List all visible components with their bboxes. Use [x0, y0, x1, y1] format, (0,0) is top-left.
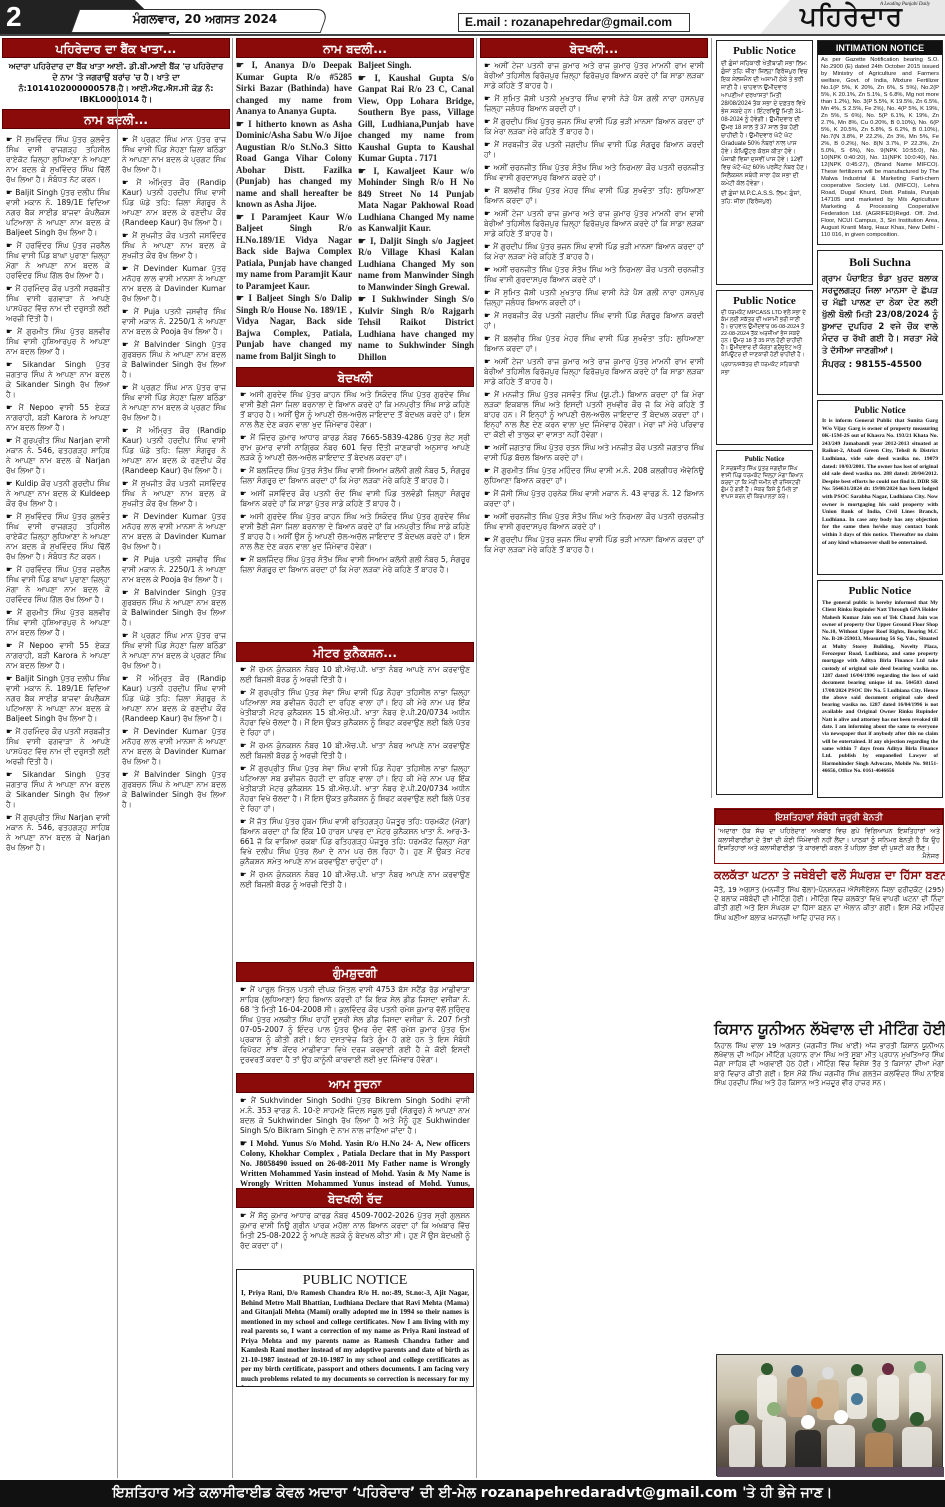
- public-notice-title: Public Notice: [721, 45, 808, 57]
- notice-item: ☛ I hitherto known as Asha Dominic/Asha …: [236, 119, 352, 211]
- notice-item: ☛ ਮੈਂ ਸੁਖਜੀਤ ਕੌਰ ਪਤਨੀ ਜਸਵਿੰਦਰ ਸਿੰਘ ਨੇ ਆਪ…: [122, 231, 226, 261]
- notice-item: ☛ ਮੈਂ ਪ੍ਰਗਟ ਸਿੰਘ ਮਾਨ ਪੁੱਤਰ ਰਾਜ ਸਿੰਘ ਵਾਸੀ…: [122, 631, 226, 671]
- notice-item: ☛ Kuldip ਕੌਰ ਪਤਨੀ ਗੁਰਦੀਪ ਸਿੰਘ ਨੇ ਆਪਣਾ ਨਾ…: [6, 479, 110, 509]
- notice-item: ☛ ਮੈਂ ਸਰਬਜੀਤ ਕੌਰ ਪਤਨੀ ਜਗਦੀਪ ਸਿੰਘ ਵਾਸੀ ਪਿ…: [484, 311, 704, 331]
- notice-item: ☛ ਮੈਂ Nepoo ਵਾਸੀ 55 ਏਕੜ ਨਾਗਰਾਹੀ, ਬੜੀ Kar…: [6, 641, 110, 671]
- column-divider: [117, 88, 118, 1478]
- notice-item: ☛ I Sukhwinder Singh S/o Kulvir Singh R/…: [358, 294, 474, 363]
- public-notice-mpcass: Public Notice ਦੀ ਧਰਮਕੋਟ MPCASS LTD ਵਲੋਂ …: [716, 290, 813, 445]
- footer-banner: ਇਸ਼ਤਿਹਾਰ ਅਤੇ ਕਲਾਸੀਫਾਈਡ ਕੇਵਲ ਅਦਾਰਾ ‘ਪਹਿਰੇ…: [0, 1480, 945, 1507]
- public-notice-text: I, Priya Rani, D/o Ramesh Chandra R/o H.…: [241, 1289, 469, 1387]
- news-headline-kolkata: ਕਲਕੱਤਾ ਘਟਨਾ ਤੇ ਜਥੇਬੰਦੀ ਵਲੋਂ ਸੰਘਰਸ਼ ਦਾ ਹਿ…: [714, 868, 944, 883]
- name-change-en-col2: Baljeet Singh. ☛ I, Kaushal Gupta S/o Ga…: [358, 60, 474, 363]
- notice-item: ☛ ਮੈਂ ਜਿੰਦਰ ਕੁਮਾਰ ਆਧਾਰ ਕਾਰਡ ਨੰਬਰ 7665-58…: [240, 433, 470, 463]
- notice-item: ☛ ਮੈਂ ਹਰਵਿੰਦਰ ਸਿੰਘ ਪੁੱਤਰ ਜਰਨੈਲ ਸਿੰਘ ਵਾਸੀ…: [6, 241, 110, 281]
- notice-item: ☛ ਮੈਂ ਸੁਮਿਤ ਜੋਸ਼ੀ ਪਤਨੀ ਮੁਖਤਾਰ ਸਿੰਘ ਵਾਸੀ …: [484, 94, 704, 114]
- public-notice-title: Public Notice: [822, 405, 938, 415]
- name-change-pa-col1: ☛ ਮੈਂ ਸੁਖਵਿੰਦਰ ਸਿੰਘ ਪੁੱਤਰ ਕੁਲਵੰਤ ਸਿੰਘ ਵਾ…: [2, 132, 114, 856]
- notice-item: ☛ ਮੈਂ ਗੁਰਪ੍ਰੀਤ ਸਿੰਘ ਪੁੱਤਰ ਸੇਵਾ ਸਿੰਘ ਵਾਸੀ…: [240, 688, 470, 738]
- notice-item: ☛ ਮੈਂ ਗੁਰਮੀਤ ਸਿੰਘ ਪੁੱਤਰ ਮਹਿੰਦਰ ਸਿੰਘ ਵਾਸੀ…: [484, 466, 704, 486]
- tagline: A Leading Punjabi Daily: [880, 2, 930, 7]
- masthead-divider: [0, 34, 945, 36]
- notice-item: ☛ I, Kawaljeet Kaur w/o Mohinder Singh R…: [358, 166, 474, 235]
- public-notice-signature: ਪ੍ਰਧਾਨ/ਸਕੱਤਰ ਦੀ ਧਰਮਕੋਟ ਸਹਿਕਾਰੀ ਸਭਾ: [721, 361, 808, 377]
- notice-item: ☛ ਮੈਂ ਜੱਸੀ ਸਿੰਘ ਪੁੱਤਰ ਹਰਨੇਕ ਸਿੰਘ ਵਾਸੀ ਮਕ…: [484, 489, 704, 509]
- column-divider: [476, 38, 477, 1478]
- public-notice-priya: PUBLIC NOTICE I, Priya Rani, D/o Ramesh …: [236, 1269, 474, 1387]
- notice-item: ☛ I Paramjeet Kaur W/o Baljeet Singh R/o…: [236, 212, 352, 293]
- notice-item: ☛ ਮੈਂ ਸੁਮਿਤ ਜੋਸ਼ੀ ਪਤਨੀ ਮੁਖਤਾਰ ਸਿੰਘ ਵਾਸੀ …: [484, 288, 704, 308]
- public-notice-text: The general public is hereby informed th…: [822, 600, 938, 775]
- disclaimer-text: 'ਅਦਾਰਾ ਹੱਕ ਸੱਚ ਦਾ ਪਹਿਰੇਦਾਰ' ਅਖਬਾਰ ਵਿਚ ਛਪ…: [715, 825, 943, 855]
- notice-item: ☛ ਮੈਂ ਰਮਨ ਕੁੰਨਕਸ਼ਨ ਨੰਬਰ 10 ਬੀ.ਐਚ.ਪੀ. ਖਾਤ…: [240, 870, 470, 890]
- name-change-pa-col2: ☛ ਮੈਂ ਪ੍ਰਗਟ ਸਿੰਘ ਮਾਨ ਪੁੱਤਰ ਰਾਜ ਸਿੰਘ ਵਾਸੀ…: [118, 132, 230, 856]
- public-notice-text: ਦੀ ਗੁੰਜਾਂ ਸਹਿਕਾਰੀ ਖੇਤੀਬਾੜੀ ਸਭਾ ਲਿਮ: ਗੁੰਜ…: [721, 60, 808, 188]
- notice-item: ☛ ਅਸੀ ਗੁਰਦੇਵ ਸਿੰਘ ਪੁੱਤਰ ਕਾਹਨ ਸਿੰਘ ਅਤੇ ਸਿ…: [240, 390, 470, 430]
- people-group-icon: [717, 1355, 944, 1477]
- public-notice-text: ਮੈਂ ਸਰਬਜੀਤ ਸਿੰਘ ਪੁੱਤਰ ਜਗਦੀਸ਼ ਸਿੰਘ ਵਾਸੀ ਪ…: [721, 466, 808, 501]
- notice-item: ☛ ਮੈਂ ਬਲਵੀਰ ਸਿੰਘ ਪੁੱਤਰ ਮੇਹਰ ਸਿੰਘ ਵਾਸੀ ਪਿ…: [484, 186, 704, 206]
- intimation-notice: INTIMATION NOTICE As per Gazette Notific…: [817, 40, 943, 245]
- intimation-notice-title: INTIMATION NOTICE: [818, 41, 942, 55]
- issue-date: ਮੰਗਲਵਾਰ, 20 ਅਗਸਤ 2024: [90, 12, 320, 27]
- notice-item: ☛ ਮੈਂ ਗੁਰਮੀਤ ਸਿੰਘ ਪੁੱਤਰ ਬਲਵੀਰ ਸਿੰਘ ਵਾਸੀ …: [6, 327, 110, 357]
- intimation-notice-text: As per Gazette Notification bearing S.O.…: [818, 55, 942, 241]
- notice-item: ☛ Baljit Singh ਪੁੱਤਰ ਦਲੀਪ ਸਿੰਘ ਵਾਸੀ ਮਕਾਨ…: [6, 188, 110, 238]
- column-divider: [232, 38, 233, 1478]
- notice-item: ☛ ਮੈਂ ਸੁਖਜੀਤ ਕੌਰ ਪਤਨੀ ਜਸਵਿੰਦਰ ਸਿੰਘ ਨੇ ਆਪ…: [122, 479, 226, 509]
- eviction-right-heading: ਬੇਦਖਲੀ...: [480, 38, 708, 58]
- boli-suchna-notice: Boli Suchna ਗ੍ਰਾਮ ਪੰਚਾਇਤ ਝੰਡਾ ਖੁਰਦ ਬਲਾਕ …: [817, 250, 943, 395]
- eviction-heading: ਬੇਦਖਲੀ: [236, 367, 474, 387]
- notice-item: ☛ ਮੈਂ ਰਮਨ ਕੁੰਨਕਸ਼ਨ ਨੰਬਰ 10 ਬੀ.ਐਚ.ਪੀ. ਖਾਤ…: [240, 665, 470, 685]
- name-change-en-col1: ☛ I, Ananya D/o Deepak Kumar Gupta R/o #…: [236, 60, 352, 363]
- notice-item: ☛ ਮੈਂ Sukhvinder Singh Sodhi ਪੁੱਤਰ Bikre…: [240, 1096, 470, 1136]
- public-notice-sunita: Public Notice It is inform General Publi…: [817, 400, 943, 575]
- column-divider: [711, 38, 712, 798]
- notice-item: Baljeet Singh.: [358, 60, 474, 72]
- eviction-cancel-heading: ਬੇਦਖਲੀ ਰੱਦ: [236, 1188, 474, 1208]
- notice-item: ☛ ਮੈਂ Devinder Kumar ਪੁੱਤਰ ਮਨੋਹਰ ਲਾਲ ਵਾਸ…: [122, 727, 226, 767]
- notice-item: ☛ ਮੈਂ Puja ਪਤਨੀ ਜਸਵੀਰ ਸਿੰਘ ਵਾਸੀ ਮਕਾਨ ਨੰ.…: [122, 555, 226, 585]
- notice-item: ☛ Sikandar Singh ਪੁੱਤਰ ਜਗਤਾਰ ਸਿੰਘ ਨੇ ਆਪਣ…: [6, 770, 110, 810]
- bank-account-text: ਅਦਾਰਾ ਪਹਿਰੇਦਾਰ ਦਾ ਬੈਂਕ ਖਾਤਾ ਆਈ. ਡੀ.ਬੀ.ਆਈ…: [6, 61, 226, 105]
- notice-item: ☛ ਮੈਂ ਗੁਰਮੀਤ ਸਿੰਘ ਪੁੱਤਰ ਬਲਵੀਰ ਸਿੰਘ ਵਾਸੀ …: [6, 608, 110, 638]
- missing-heading: ਗੁੰਮਸ਼ੁਦਗੀ: [236, 962, 474, 982]
- notice-item: ☛ ਮੈਂ ਹਰਵਿੰਦਰ ਸਿੰਘ ਪੁੱਤਰ ਜਰਨੈਲ ਸਿੰਘ ਵਾਸੀ…: [6, 565, 110, 605]
- notice-item: ☛ ਅਸੀਂ ਚਰਨਜੀਤ ਸਿੰਘ ਪੁੱਤਰ ਸੰਤੋਖ ਸਿੰਘ ਅਤੇ …: [484, 512, 704, 532]
- notice-item: ☛ ਮੈਂ ਪ੍ਰਗਟ ਸਿੰਘ ਮਾਨ ਪੁੱਤਰ ਰਾਜ ਸਿੰਘ ਵਾਸੀ…: [122, 135, 226, 175]
- notice-item: ☛ ਮੈਂ ਬਲਜਿੰਦਰ ਸਿੰਘ ਪੁੱਤਰ ਸੰਤੋਖ ਸਿੰਘ ਵਾਸੀ…: [240, 466, 470, 486]
- notice-item: ☛ ਮੈਂ ਗੁਰਪ੍ਰੀਤ ਸਿੰਘ ਪੁੱਤਰ ਸੇਵਾ ਸਿੰਘ ਵਾਸੀ…: [240, 764, 470, 814]
- boli-suchna-contact: ਸੰਪਰਕ : 98155-45500: [822, 360, 938, 370]
- notice-item: ☛ I Mohd. Yunus S/o Mohd. Yasin R/o H.No…: [240, 1139, 470, 1188]
- disclaimer-sign: ਮੈਨੇਜਰ: [922, 852, 939, 861]
- missing-text: ☛ ਮੈਂ ਪਾਰੁਲ ਮਿੱਤਲ ਪਤਨੀ ਦੀਪਕ ਮਿੱਤਲ ਵਾਸੀ 4…: [240, 985, 470, 1070]
- boli-suchna-title: Boli Suchna: [822, 255, 938, 270]
- public-notice-title: Public Notice: [721, 295, 808, 307]
- notice-item: ☛ ਮੈਂ ਪ੍ਰਗਟ ਸਿੰਘ ਮਾਨ ਪੁੱਤਰ ਰਾਜ ਸਿੰਘ ਵਾਸੀ…: [122, 383, 226, 423]
- notice-item: ☛ I Baljeet Singh S/o Dalip Singh R/o Ho…: [236, 293, 352, 362]
- masthead: 2 ਮੰਗਲਵਾਰ, 20 ਅਗਸਤ 2024 E.mail : rozanap…: [0, 0, 945, 34]
- notice-item: ☛ ਮੈਂ ਸੁਖਵਿੰਦਰ ਸਿੰਘ ਪੁੱਤਰ ਕੁਲਵੰਤ ਸਿੰਘ ਵਾ…: [6, 135, 110, 185]
- column-left: ਪਹਿਰੇਦਾਰ ਦਾ ਬੈਂਕ ਖਾਤਾ... ਅਦਾਰਾ ਪਹਿਰੇਦਾਰ …: [2, 38, 230, 1478]
- notice-item: ☛ ਮੈਂ ਅੰਮ੍ਰਿਤ ਕੌਰ (Randip Kaur) ਪਤਨੀ ਹਰਦ…: [122, 674, 226, 724]
- public-notice-title: Public Notice: [721, 455, 808, 463]
- notice-item: ☛ ਅਸੀਂ ਚਰਨਜੀਤ ਸਿੰਘ ਪੁੱਤਰ ਸੰਤੋਖ ਸਿੰਘ ਅਤੇ …: [484, 265, 704, 285]
- name-change-en-heading: ਨਾਮ ਬਦਲੀ...: [236, 38, 474, 58]
- public-notice-small: Public Notice ਮੈਂ ਸਰਬਜੀਤ ਸਿੰਘ ਪੁੱਤਰ ਜਗਦੀ…: [716, 450, 813, 795]
- notice-item: ☛ ਮੈਂ ਹਰਮਿੰਦਰ ਕੌਰ ਪਤਨੀ ਸਰਬਜੀਤ ਸਿੰਘ ਵਾਸੀ …: [6, 284, 110, 324]
- notice-item: ☛ ਅਸੀਂ ਟੇਜਾ ਪਤਨੀ ਰਾਜ ਕੁਮਾਰ ਅਤੇ ਰਾਜ ਕੁਮਾਰ…: [484, 209, 704, 239]
- notice-item: ☛ I, Ananya D/o Deepak Kumar Gupta R/o #…: [236, 60, 352, 118]
- notice-item: ☛ Baljit Singh ਪੁੱਤਰ ਦਲੀਪ ਸਿੰਘ ਵਾਸੀ ਮਕਾਨ…: [6, 674, 110, 724]
- notice-item: ☛ ਮੈਂ Devinder Kumar ਪੁੱਤਰ ਮਨੋਹਰ ਲਾਲ ਵਾਸ…: [122, 264, 226, 304]
- column-middle: ਨਾਮ ਬਦਲੀ... ☛ I, Ananya D/o Deepak Kumar…: [236, 38, 474, 1478]
- notice-item: ☛ ਅਸੀਂ ਟੇਜਾ ਪਤਨੀ ਰਾਜ ਕੁਮਾਰ ਅਤੇ ਰਾਜ ਕੁਮਾਰ…: [484, 61, 704, 91]
- news-headline-kisan-union: ਕਿਸਾਨ ਯੂਨੀਅਨ ਲੱਖੋਵਾਲ ਦੀ ਮੀਟਿੰਗ ਹੋਈ: [714, 1020, 944, 1038]
- disclaimer-heading: ਇਸ਼ਤਿਹਾਰਾਂ ਸੰਬੰਧੀ ਜ਼ਰੂਰੀ ਬੇਨਤੀ: [715, 809, 943, 825]
- notice-item: ☛ ਅਸੀਂ ਜਸਵਿੰਦਰ ਕੌਰ ਪਤਨੀ ਚੰਦ ਸਿੰਘ ਵਾਸੀ ਪਿ…: [240, 489, 470, 509]
- notice-item: ☛ ਅਸੀਂ ਚਰਨਜੀਤ ਸਿੰਘ ਪੁੱਤਰ ਸੰਤੋਖ ਸਿੰਘ ਅਤੇ …: [484, 163, 704, 183]
- notice-item: ☛ ਮੈਂ ਗੁਰਦੀਪ ਸਿੰਘ ਪੁੱਤਰ ਭਜਨ ਸਿੰਘ ਵਾਸੀ ਪਿ…: [484, 535, 704, 555]
- notice-item: ☛ ਮੈਂ ਬਲਜਿੰਦਰ ਸਿੰਘ ਪੁੱਤਰ ਸੰਤੋਖ ਸਿੰਘ ਵਾਸੀ…: [240, 555, 470, 575]
- notice-item: ☛ ਅਸੀਂ ਟੇਜਾ ਪਤਨੀ ਰਾਜ ਕੁਮਾਰ ਅਤੇ ਰਾਜ ਕੁਮਾਰ…: [484, 357, 704, 387]
- notice-item: ☛ ਮੈਂ ਗੁਰਦੀਪ ਸਿੰਘ ਪੁੱਤਰ ਭਜਨ ਸਿੰਘ ਵਾਸੀ ਪਿ…: [484, 242, 704, 262]
- notice-item: ☛ ਮੈਂ ਗੁਰਪ੍ਰੀਤ ਸਿੰਘ Narjan ਵਾਸੀ ਮਕਾਨ ਨੰ.…: [6, 813, 110, 853]
- public-notice-signature: ਦੀ ਗੁੰਜਾਂ M.P.C.A.S.S. ਲਿਮ: ਗੁੰਜਾਂ, ਤਹਿ:…: [721, 190, 808, 206]
- notice-item: ☛ ਮੈਂ ਅੰਮ੍ਰਿਤ ਕੌਰ (Randip Kaur) ਪਤਨੀ ਹਰਦ…: [122, 178, 226, 228]
- general-info-heading: ਆਮ ਸੂਚਨਾ: [236, 1073, 474, 1093]
- public-notice-title: Public Notice: [822, 585, 938, 597]
- notice-item: ☛ ਮੈਂ ਅੰਮ੍ਰਿਤ ਕੌਰ (Randip Kaur) ਪਤਨੀ ਹਰਦ…: [122, 426, 226, 476]
- public-notice-text: It is inform General Public that Sunita …: [822, 418, 938, 547]
- notice-item: ☛ ਮੈਂ ਸਰਬਜੀਤ ਕੌਰ ਪਤਨੀ ਜਗਦੀਪ ਸਿੰਘ ਵਾਸੀ ਪਿ…: [484, 140, 704, 160]
- notice-item: ☛ ਮੈਂ Nepoo ਵਾਸੀ 55 ਏਕੜ ਨਾਗਰਾਹੀ, ਬੜੀ Kar…: [6, 403, 110, 433]
- notice-item: ☛ ਮੈਂ ਰਮਨ ਕੁੰਨਕਸ਼ਨ ਨੰਬਰ 10 ਬੀ.ਐਚ.ਪੀ. ਖਾਤ…: [240, 741, 470, 761]
- notice-item: ☛ ਮੈਂ ਜੋਤ ਸਿੰਘ ਪੁੱਤਰ ਹੁਕਮ ਸਿੰਘ ਵਾਸੀ ਫਤਿਹ…: [240, 817, 470, 867]
- news-body-kolkata: ਜੈਤੋ, 19 ਅਗਸਤ (ਮਨਜੀਤ ਸਿੰਘ ਢੱਲਾ)-ਪੈਨਸ਼ਨਰਜ…: [714, 886, 944, 1016]
- news-body-kisan-union: ਨਿਹਾਲ ਸਿੰਘ ਵਾਲਾ 19 ਅਗਸਤ (ਜਗਜੀਤ ਸਿੰਘ ਖਾਈ)…: [714, 1042, 944, 1352]
- name-change-pa-heading: ਨਾਮ ਬਦਲੀ...: [2, 109, 230, 129]
- public-notice-text: ਦੀ ਧਰਮਕੋਟ MPCASS LTD ਵਲੋਂ ਸਭਾ ਦੇ ਕੰਮ ਲਈ …: [721, 310, 808, 359]
- notice-item: ☛ I, Daljit Singh s/o Jagjeet R/o Villag…: [358, 236, 474, 294]
- meter-connection-heading: ਮੀਟਰ ਕੁਨੈਕਸ਼ਨ...: [236, 642, 474, 662]
- eviction-cancel-text: ☛ ਮੈਂ ਸੋਨੂ ਕੁਮਾਰ ਆਧਾਰ ਕਾਰਡ ਨੰਬਰ 4509-700…: [240, 1211, 470, 1266]
- email-link[interactable]: E.mail : rozanapehredar@gmail.com: [458, 13, 690, 32]
- boli-suchna-text: ਗ੍ਰਾਮ ਪੰਚਾਇਤ ਝੰਡਾ ਖੁਰਦ ਬਲਾਕ ਸਰਦੂਲਗੜ੍ਹ ਜਿ…: [822, 273, 938, 357]
- notice-item: ☛ ਮੈਂ Devinder Kumar ਪੁੱਤਰ ਮਨੋਹਰ ਲਾਲ ਵਾਸ…: [122, 512, 226, 552]
- bank-account-heading: ਪਹਿਰੇਦਾਰ ਦਾ ਬੈਂਕ ਖਾਤਾ...: [2, 38, 230, 58]
- notice-item: ☛ ਅਸੀਂ ਜਗਤਾਰ ਸਿੰਘ ਪੁੱਤਰ ਰਤਨ ਸਿੰਘ ਅਤੇ ਮਨਜ…: [484, 443, 704, 463]
- column-eviction: ਬੇਦਖਲੀ... ☛ ਅਸੀਂ ਟੇਜਾ ਪਤਨੀ ਰਾਜ ਕੁਮਾਰ ਅਤੇ…: [480, 38, 708, 1478]
- notice-item: ☛ I, Kaushal Gupta S/o Ganpat Rai R/o 23…: [358, 73, 474, 165]
- notice-item: ☛ Sikandar Singh ਪੁੱਤਰ ਜਗਤਾਰ ਸਿੰਘ ਨੇ ਆਪਣ…: [6, 360, 110, 400]
- notice-item: ☛ ਮੈਂ ਸੁਖਵਿੰਦਰ ਸਿੰਘ ਪੁੱਤਰ ਕੁਲਵੰਤ ਸਿੰਘ ਵਾ…: [6, 512, 110, 562]
- notice-item: ☛ ਮੈਂ ਗੁਰਦੀਪ ਸਿੰਘ ਪੁੱਤਰ ਭਜਨ ਸਿੰਘ ਵਾਸੀ ਪਿ…: [484, 117, 704, 137]
- notice-item: ☛ ਮੈਂ Balvinder Singh ਪੁੱਤਰ ਗੁਰਬਚਨ ਸਿੰਘ …: [122, 588, 226, 628]
- public-notice-pacs: Public Notice ਦੀ ਗੁੰਜਾਂ ਸਹਿਕਾਰੀ ਖੇਤੀਬਾੜੀ…: [716, 40, 813, 285]
- notice-item: ☛ ਮੈਂ Puja ਪਤਨੀ ਜਸਵੀਰ ਸਿੰਘ ਵਾਸੀ ਮਕਾਨ ਨੰ.…: [122, 307, 226, 337]
- notice-item: ☛ ਮੈਂ ਮਨਜੀਤ ਸਿੰਘ ਪੁੱਤਰ ਜਸਵੰਤ ਸਿੰਘ (ਯੂ.ਟੀ…: [484, 390, 704, 440]
- notice-item: ☛ ਅਸੀ ਗੁਰਦੇਵ ਸਿੰਘ ਪੁੱਤਰ ਕਾਹਨ ਸਿੰਘ ਅਤੇ ਸਿ…: [240, 512, 470, 552]
- notice-item: ☛ ਮੈਂ Balvinder Singh ਪੁੱਤਰ ਗੁਰਬਚਨ ਸਿੰਘ …: [122, 340, 226, 380]
- disclaimer-box: ਇਸ਼ਤਿਹਾਰਾਂ ਸੰਬੰਧੀ ਜ਼ਰੂਰੀ ਬੇਨਤੀ 'ਅਦਾਰਾ ਹੱ…: [714, 808, 944, 864]
- notice-item: ☛ ਮੈਂ ਹਰਮਿੰਦਰ ਕੌਰ ਪਤਨੀ ਸਰਬਜੀਤ ਸਿੰਘ ਵਾਸੀ …: [6, 727, 110, 767]
- public-notice-rinku: Public Notice The general public is here…: [817, 580, 943, 798]
- notice-item: ☛ ਮੈਂ Balvinder Singh ਪੁੱਤਰ ਗੁਰਬਚਨ ਸਿੰਘ …: [122, 770, 226, 810]
- public-notice-title: PUBLIC NOTICE: [241, 1273, 469, 1289]
- notice-item: ☛ ਮੈਂ ਗੁਰਪ੍ਰੀਤ ਸਿੰਘ Narjan ਵਾਸੀ ਮਕਾਨ ਨੰ.…: [6, 436, 110, 476]
- news-photo-group: [716, 1354, 943, 1476]
- notice-item: ☛ ਮੈਂ ਬਲਵੀਰ ਸਿੰਘ ਪੁੱਤਰ ਮੇਹਰ ਸਿੰਘ ਵਾਸੀ ਪਿ…: [484, 334, 704, 354]
